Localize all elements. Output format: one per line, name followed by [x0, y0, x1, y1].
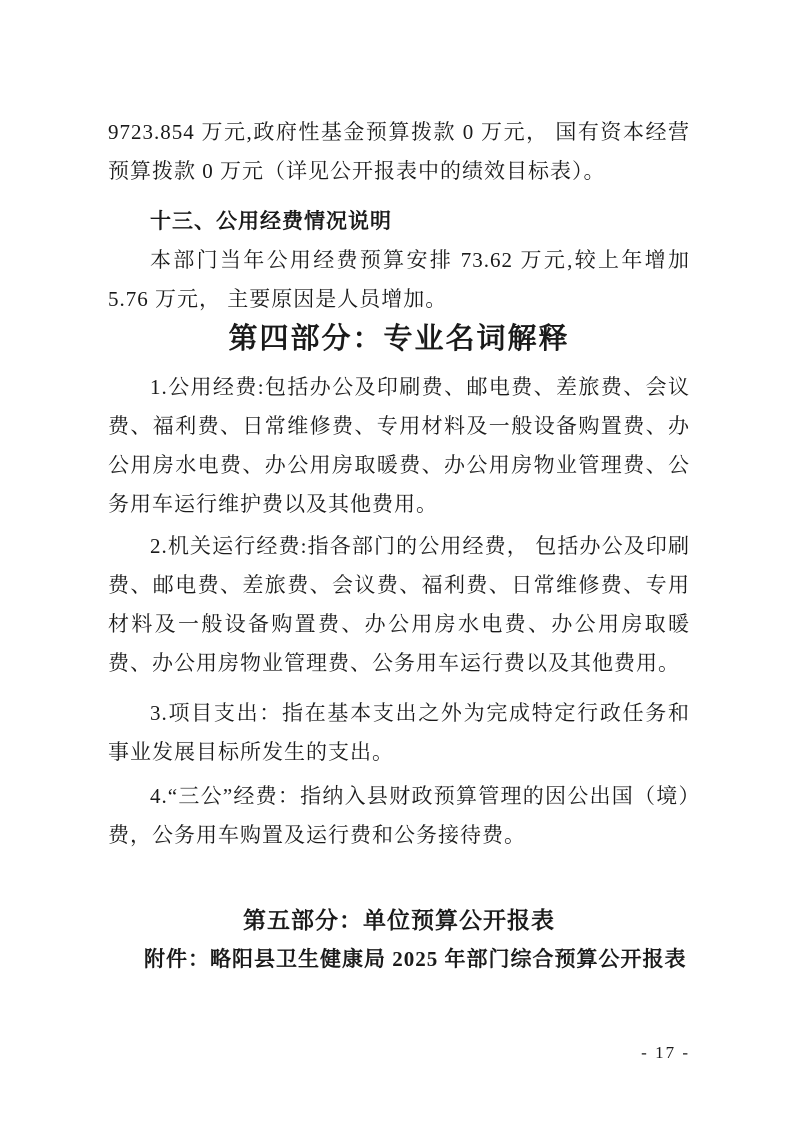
term-definition-1: 1.公用经费:包括办公及印刷费、邮电费、差旅费、会议费、福利费、日常维修费、专用…	[108, 368, 690, 524]
page-number: - 17 -	[641, 1040, 690, 1066]
document-content: 9723.854 万元,政府性基金预算拨款 0 万元， 国有资本经营预算拨款 0…	[108, 0, 690, 979]
term-definition-3: 3.项目支出：指在基本支出之外为完成特定行政任务和事业发展目标所发生的支出。	[108, 694, 690, 772]
attachment-line: 附件：略阳县卫生健康局 2025 年部门综合预算公开报表	[108, 940, 690, 979]
section-13-body: 本部门当年公用经费预算安排 73.62 万元,较上年增加 5.76 万元， 主要…	[108, 241, 690, 319]
paragraph-intro-continuation: 9723.854 万元,政府性基金预算拨款 0 万元， 国有资本经营预算拨款 0…	[108, 113, 690, 191]
section-13-heading: 十三、公用经费情况说明	[108, 202, 690, 241]
term-definition-2: 2.机关运行经费:指各部门的公用经费， 包括办公及印刷费、邮电费、差旅费、会议费…	[108, 527, 690, 683]
part5-heading: 第五部分：单位预算公开报表	[108, 899, 690, 943]
document-page: 9723.854 万元,政府性基金预算拨款 0 万元， 国有资本经营预算拨款 0…	[0, 0, 793, 1122]
term-definition-4: 4.“三公”经费：指纳入县财政预算管理的因公出国（境）费，公务用车购置及运行费和…	[108, 777, 690, 855]
part4-heading: 第四部分：专业名词解释	[108, 316, 690, 362]
